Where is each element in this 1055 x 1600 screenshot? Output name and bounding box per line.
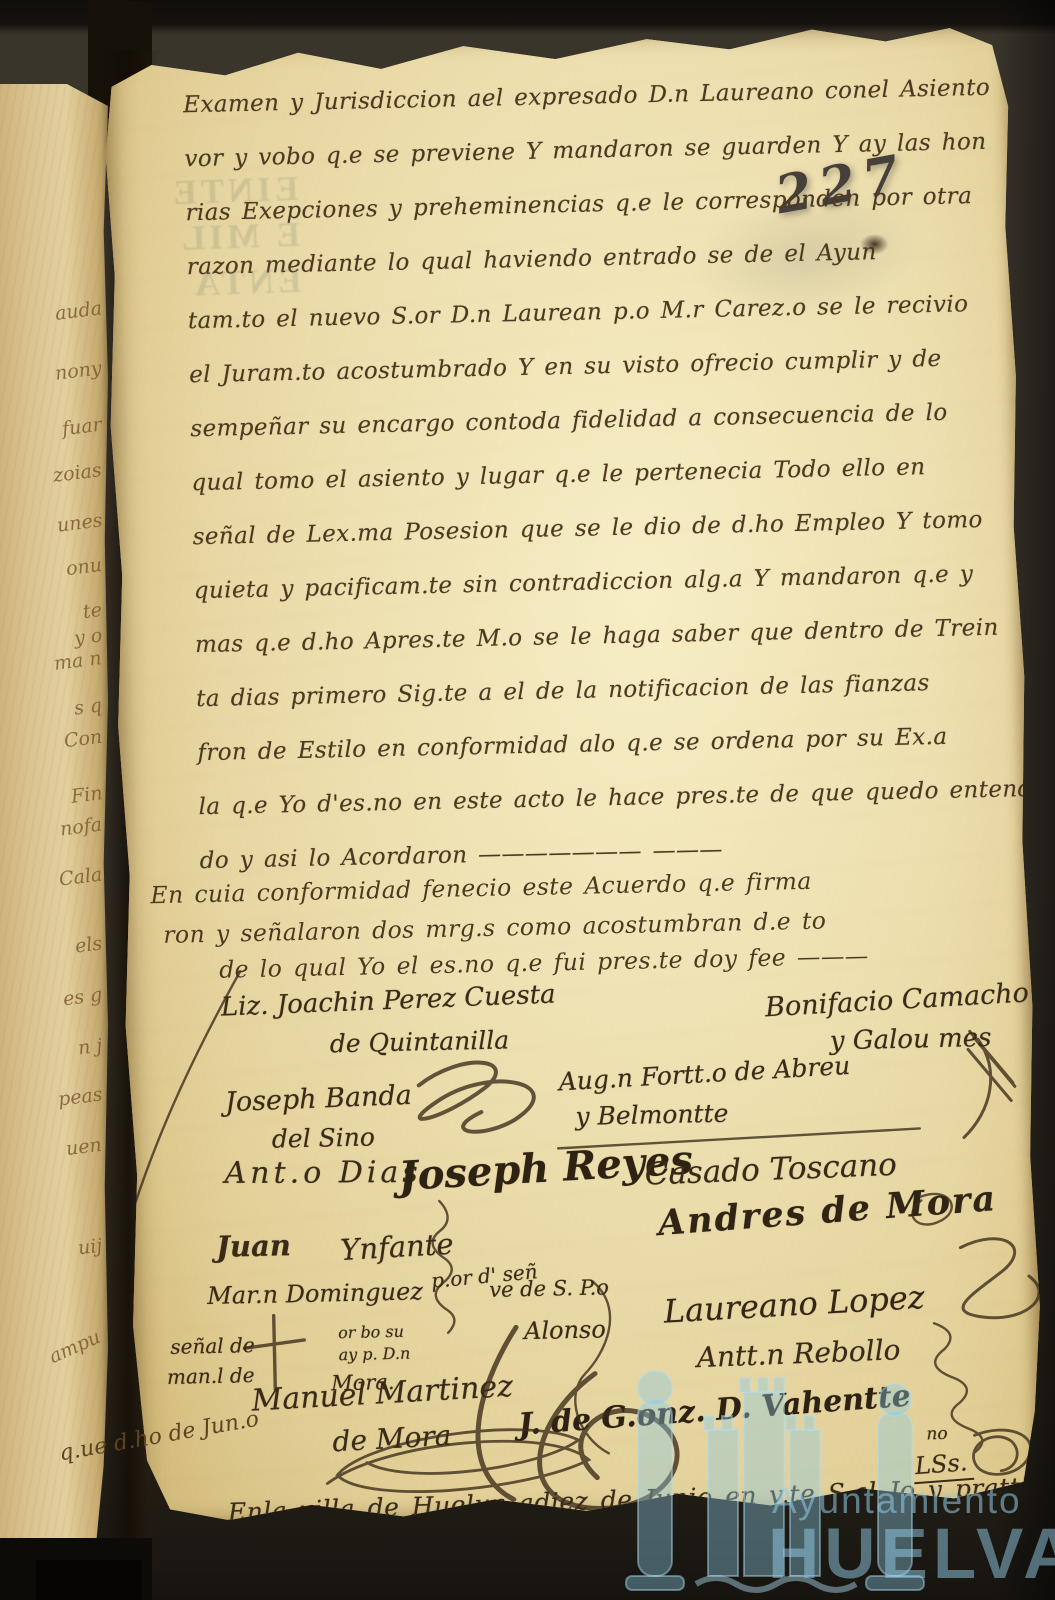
cross-note-right: or bo su	[338, 1322, 404, 1342]
text-fragment: te	[82, 599, 103, 623]
signature-antonio-dias: Ant.o Dias	[225, 1155, 422, 1191]
signature-manuel-martinez-line2: de Mora	[332, 1419, 453, 1459]
text-fragment: Cala	[58, 863, 104, 890]
text-fragment: ampu	[46, 1326, 104, 1368]
text-fragment: fuar	[61, 414, 103, 441]
signature-bonifacio-camacho-line2: y Galou mes	[830, 1023, 992, 1057]
signature-fortt-de-abreu-line2: y Belmontte	[575, 1099, 729, 1131]
text-fragment: onu	[65, 554, 103, 580]
print-bleedthrough: EINTE E MIL ENTA	[58, 166, 303, 312]
cross-note-left: señal de	[170, 1333, 255, 1359]
text-fragment: Con	[63, 726, 104, 752]
text-fragment: unes	[55, 509, 103, 536]
signature-manuel-martinez: Manuel Martinez	[251, 1369, 514, 1419]
text-fragment: zoias	[52, 459, 103, 487]
signature-bonifacio-camacho: Bonifacio Camacho	[764, 977, 1029, 1023]
text-fragment: uij	[77, 1235, 104, 1260]
text-fragment: nofa	[59, 814, 103, 841]
text-fragment: els	[74, 932, 104, 957]
bed-dark-patch	[36, 1560, 142, 1600]
signature-joachin-perez: Liz. Joachin Perez Cuesta	[220, 979, 556, 1022]
cross-note-left2: man.l de	[167, 1363, 255, 1389]
closing-line: ron y señalaron dos mrg.s como acostumbr…	[163, 906, 827, 948]
bleedthrough-line: ENTA	[61, 258, 302, 312]
signature-laureano-lopez: Laureano Lopez	[663, 1278, 926, 1331]
text-fragment: ma n	[53, 647, 103, 675]
signature-fortt-de-abreu: Aug.n Fortt.o de Abreu	[558, 1051, 851, 1096]
text-fragment: uen	[65, 1134, 103, 1160]
bleedthrough-line: EINTE	[58, 166, 299, 220]
manuscript-scan: auda nony fuar zoias unes onu te y o ma …	[0, 0, 1055, 1600]
text-fragment: es g	[62, 984, 104, 1011]
closing-line: de lo qual Yo el es.no q.e fui pres.te d…	[219, 942, 869, 984]
signature-joachin-perez-line2: de Quintanilla	[329, 1025, 509, 1058]
signature-alonso-note: ve de S. P.o	[489, 1275, 609, 1302]
signature-alonso: Alonso	[524, 1315, 606, 1345]
signature-juan-ynfante-line2: Ynfante	[339, 1227, 454, 1267]
text-fragment: Fin	[69, 782, 103, 808]
text-fragment: nony	[54, 357, 103, 385]
manuscript-body-text: Examen y Jurisdiccion ael expresado D.n …	[183, 61, 1012, 889]
text-fragment: n j	[77, 1035, 104, 1060]
watermark-city-text: HUELVA	[768, 1514, 1055, 1595]
cross-note-right2: ay p. D.n	[338, 1344, 410, 1365]
signature-joseph-banda-line2: del Sino	[272, 1122, 376, 1153]
text-fragment: peas	[56, 1083, 103, 1110]
bleedthrough-line: E MIL	[59, 212, 300, 266]
signature-martin-dominguez: Mar.n Dominguez	[207, 1277, 423, 1310]
text-fragment: y o	[73, 624, 104, 649]
signature-juan-ynfante: Juan	[216, 1228, 291, 1264]
text-fragment: s q	[73, 694, 103, 719]
signature-joseph-banda: Joseph Banda	[224, 1080, 412, 1118]
